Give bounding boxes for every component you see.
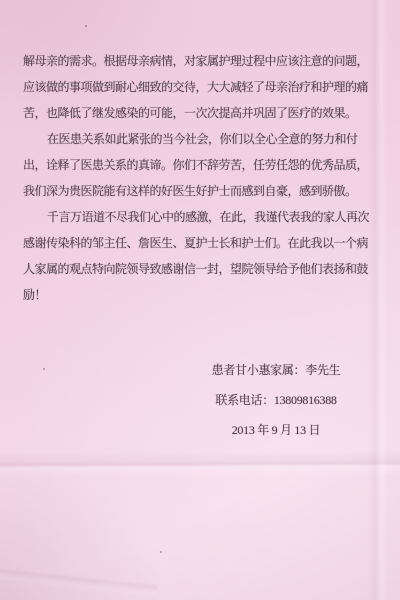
signature-block: 患者甘小惠家属：李先生 联系电话：13809816388 2013 年 9 月 … bbox=[176, 355, 376, 445]
signature-date: 2013 年 9 月 13 日 bbox=[176, 415, 376, 445]
letter-line-6: 我们深为贵医院能有这样的好医生好护士而感到自豪，感到骄傲。 bbox=[23, 178, 379, 204]
letter-line-7: 千言万语道不尽我们心中的感激，在此，我谨代表我的家人再次 bbox=[23, 204, 379, 230]
letter-paper: 解母亲的需求。根据母亲病情，对家属护理过程中应该注意的问题， 应该做的事项做到耐… bbox=[0, 0, 400, 600]
letter-line-4: 在医患关系如此紧张的当今社会，你们以全心全意的努力和付 bbox=[23, 126, 379, 152]
fold-crease-horizontal bbox=[0, 450, 400, 478]
corner-crease bbox=[0, 568, 158, 598]
signature-family: 患者甘小惠家属：李先生 bbox=[176, 355, 376, 385]
letter-line-2: 应该做的事项做到耐心细致的交待，大大减轻了母亲治疗和护理的痛 bbox=[23, 74, 379, 100]
letter-line-10: 励！ bbox=[23, 282, 379, 308]
paper-speck bbox=[85, 25, 87, 27]
paper-speck bbox=[160, 551, 162, 553]
letter-line-1: 解母亲的需求。根据母亲病情，对家属护理过程中应该注意的问题， bbox=[23, 48, 379, 74]
letter-line-5: 出，诠释了医患关系的真谛。你们不辞劳苦，任劳任怨的优秀品质， bbox=[23, 152, 379, 178]
letter-body: 解母亲的需求。根据母亲病情，对家属护理过程中应该注意的问题， 应该做的事项做到耐… bbox=[23, 48, 379, 308]
letter-line-9: 人家属的观点特向院领导致感谢信一封，望院领导给予他们表扬和鼓 bbox=[23, 256, 379, 282]
letter-line-3: 苦，也降低了继发感染的可能，一次次提高并巩固了医疗的效果。 bbox=[23, 100, 379, 126]
letter-line-8: 感谢传染科的邹主任、詹医生、夏护士长和护士们。在此我以一个病 bbox=[23, 230, 379, 256]
paper-speck bbox=[43, 368, 45, 370]
signature-phone: 联系电话：13809816388 bbox=[176, 385, 376, 415]
